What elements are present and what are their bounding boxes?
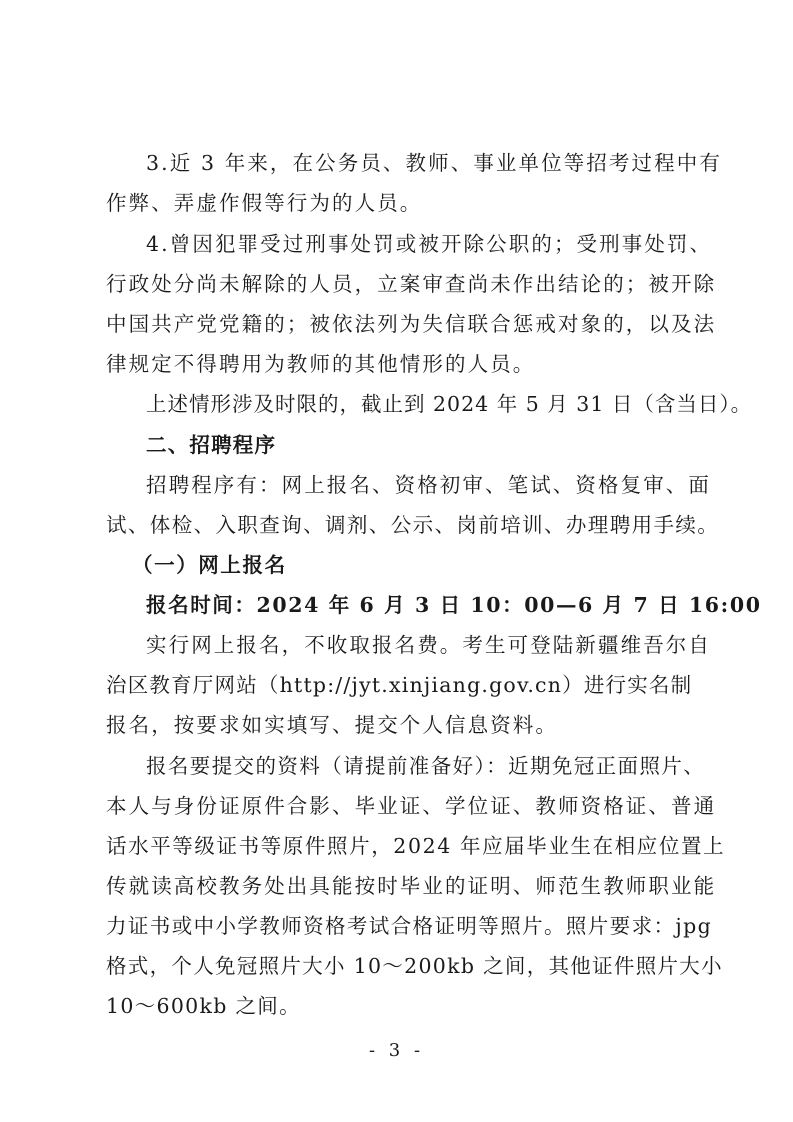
paragraph-line: 报名，按要求如实填写、提交个人信息资料。 [106, 710, 696, 740]
document-page: 3.近 3 年来，在公务员、教师、事业单位等招考过程中有 作弊、弄虚作假等行为的… [0, 0, 793, 1122]
paragraph-line: 试、体检、入职查询、调剂、公示、岗前培训、办理聘用手续。 [106, 510, 696, 540]
paragraph-item-3: 3.近 3 年来，在公务员、教师、事业单位等招考过程中有 [146, 148, 736, 178]
paragraph-line: 10～600kb 之间。 [106, 991, 696, 1021]
paragraph-line: 力证书或中小学教师资格考试合格证明等照片。照片要求：jpg [106, 911, 696, 941]
paragraph-line: 格式，个人免冠照片大小 10～200kb 之间，其他证件照片大小 [106, 951, 696, 981]
paragraph-line: 传就读高校教务处出具能按时毕业的证明、师范生教师职业能 [106, 871, 696, 901]
paragraph-item-4: 4.曾因犯罪受过刑事处罚或被开除公职的；受刑事处罚、 [146, 229, 736, 259]
paragraph-line: 行政处分尚未解除的人员，立案审查尚未作出结论的；被开除 [106, 269, 696, 299]
paragraph-line: 律规定不得聘用为教师的其他情形的人员。 [106, 349, 696, 379]
registration-time: 报名时间：2024 年 6 月 3 日 10：00—6 月 7 日 16:00 [146, 590, 736, 620]
paragraph-procedure: 招聘程序有：网上报名、资格初审、笔试、资格复审、面 [146, 470, 736, 500]
paragraph-line: 中国共产党党籍的；被依法列为失信联合惩戒对象的，以及法 [106, 309, 696, 339]
paragraph-line: 本人与身份证原件合影、毕业证、学位证、教师资格证、普通 [106, 791, 696, 821]
paragraph-line-website: 治区教育厅网站（http://jyt.xinjiang.gov.cn）进行实名制 [106, 670, 696, 700]
paragraph-materials: 报名要提交的资料（请提前准备好）：近期免冠正面照片、 [146, 751, 736, 781]
paragraph-registration: 实行网上报名，不收取报名费。考生可登陆新疆维吾尔自 [146, 630, 736, 660]
paragraph-line: 话水平等级证书等原件照片，2024 年应届毕业生在相应位置上 [106, 831, 696, 861]
deadline-note: 上述情形涉及时限的，截止到 2024 年 5 月 31 日（含当日）。 [146, 389, 736, 419]
page-number: - 3 - [0, 1040, 793, 1061]
section-heading-recruitment-procedure: 二、招聘程序 [146, 430, 736, 460]
paragraph-line: 作弊、弄虚作假等行为的人员。 [106, 188, 696, 218]
subsection-heading-online-registration: （一）网上报名 [132, 550, 722, 580]
